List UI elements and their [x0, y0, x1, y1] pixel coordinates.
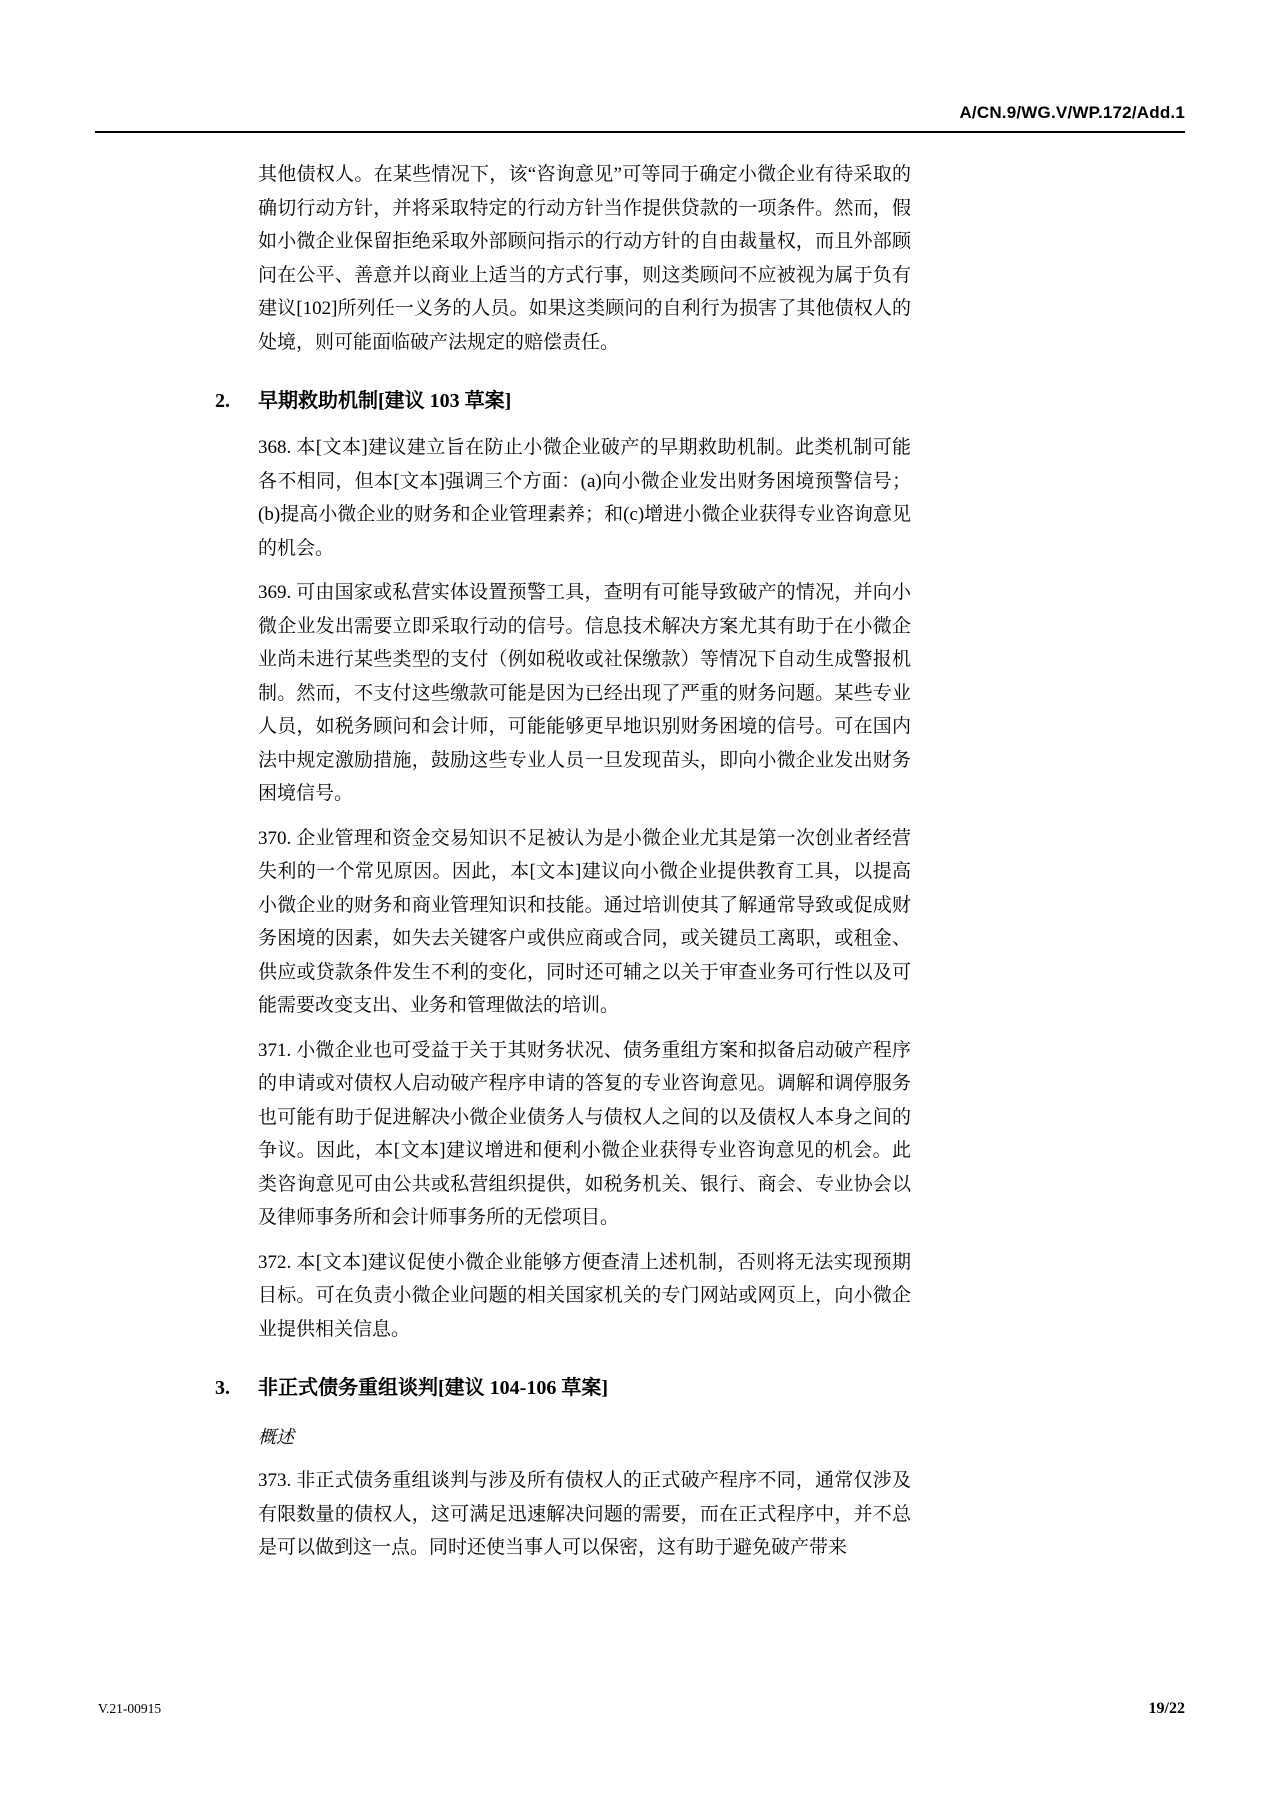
header-rule	[95, 131, 1185, 133]
paragraph-368: 368. 本[文本]建议建立旨在防止小微企业破产的早期救助机制。此类机制可能各不…	[258, 431, 911, 565]
document-page: A/CN.9/WG.V/WP.172/Add.1 其他债权人。在某些情况下，该“…	[0, 0, 1280, 1809]
document-body: 其他债权人。在某些情况下，该“咨询意见”可等同于确定小微企业有待采取的确切行动方…	[258, 158, 911, 1576]
section-title: 早期救助机制[建议 103 草案]	[258, 390, 511, 412]
footer-page-indicator: 19/22	[1149, 1700, 1185, 1718]
paragraph-369: 369. 可由国家或私营实体设置预警工具，查明有可能导致破产的情况，并向小微企业…	[258, 576, 911, 811]
section-title: 非正式债务重组谈判[建议 104-106 草案]	[258, 1377, 608, 1399]
paragraph-372: 372. 本[文本]建议促使小微企业能够方便查清上述机制，否则将无法实现预期目标…	[258, 1246, 911, 1347]
paragraph-371: 371. 小微企业也可受益于关于其财务状况、债务重组方案和拟备启动破产程序的申请…	[258, 1034, 911, 1235]
document-symbol: A/CN.9/WG.V/WP.172/Add.1	[959, 103, 1185, 122]
paragraph-370: 370. 企业管理和资金交易知识不足被认为是小微企业尤其是第一次创业者经营失利的…	[258, 822, 911, 1023]
paragraph-373: 373. 非正式债务重组谈判与涉及所有债权人的正式破产程序不同，通常仅涉及有限数…	[258, 1464, 911, 1565]
subsection-heading-overview: 概述	[258, 1424, 911, 1450]
section-number: 2.	[215, 387, 230, 415]
document-header: A/CN.9/WG.V/WP.172/Add.1	[95, 103, 1185, 123]
document-footer: V.21-00915 19/22	[98, 1700, 1185, 1718]
section-number: 3.	[215, 1374, 230, 1402]
section-heading-2: 2. 早期救助机制[建议 103 草案]	[258, 387, 911, 415]
section-heading-3: 3. 非正式债务重组谈判[建议 104-106 草案]	[258, 1374, 911, 1402]
footer-document-number: V.21-00915	[98, 1701, 161, 1717]
paragraph-continuation: 其他债权人。在某些情况下，该“咨询意见”可等同于确定小微企业有待采取的确切行动方…	[258, 158, 911, 359]
